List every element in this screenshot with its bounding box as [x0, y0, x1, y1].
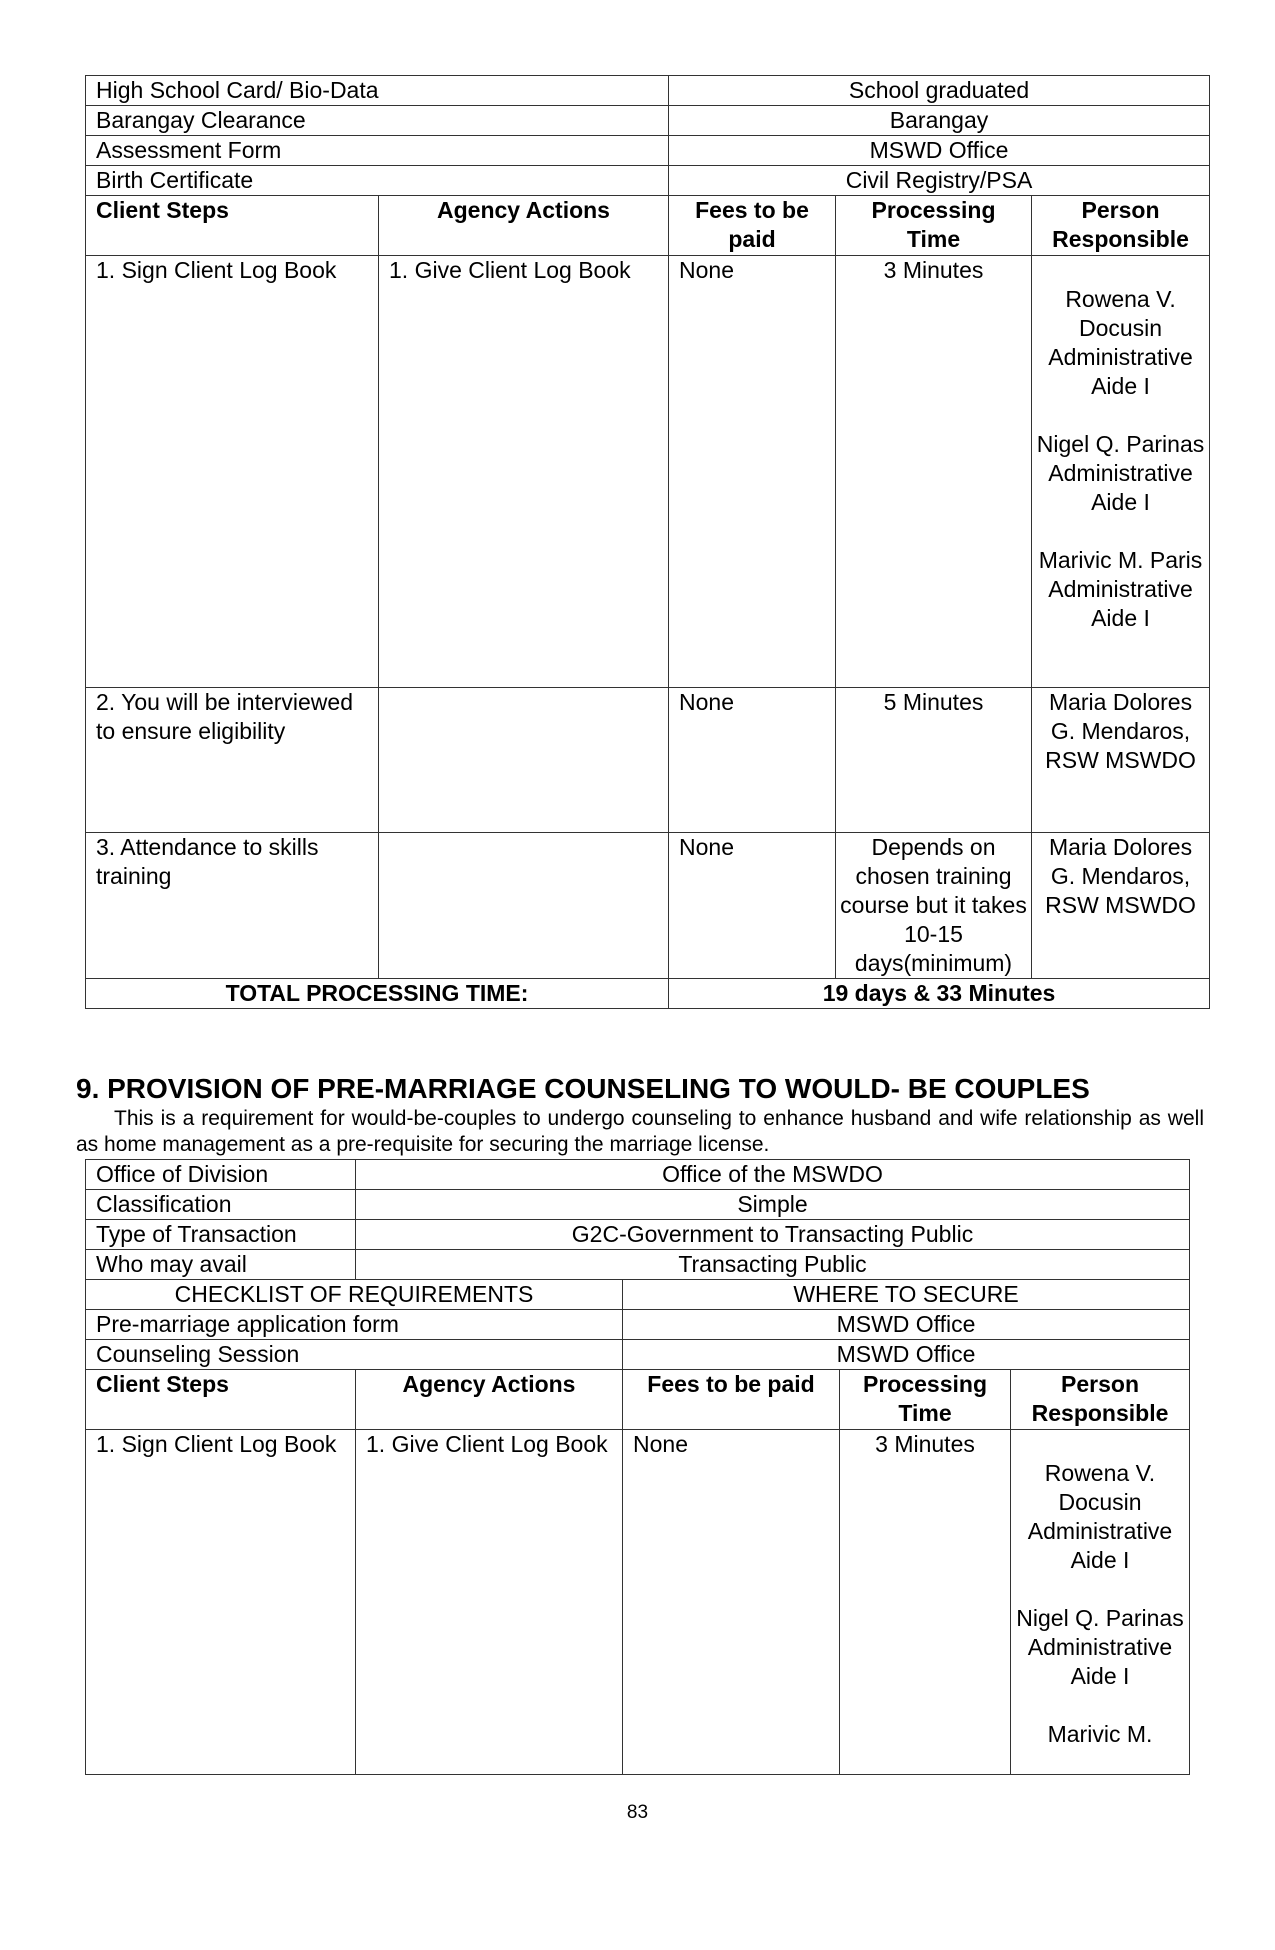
requirement-item: Assessment Form — [86, 136, 669, 166]
person: Marivic M. Paris Administrative Aide I — [1036, 546, 1205, 633]
info-label: Type of Transaction — [86, 1220, 356, 1250]
requirement-row: High School Card/ Bio-Data School gradua… — [86, 76, 1210, 106]
person: Rowena V. Docusin Administrative Aide I — [1036, 285, 1205, 401]
fees: None — [669, 256, 836, 688]
step-row: 2. You will be interviewed to ensure eli… — [86, 688, 1210, 833]
fees: None — [623, 1430, 840, 1775]
header-processing-time: Processing Time — [840, 1370, 1011, 1430]
requirement-source: MSWD Office — [623, 1310, 1190, 1340]
header-person-responsible: Person Responsible — [1011, 1370, 1190, 1430]
person: Nigel Q. Parinas Administrative Aide I — [1015, 1604, 1185, 1691]
agency-action — [379, 688, 669, 833]
where-header: WHERE TO SECURE — [623, 1280, 1190, 1310]
processing-time: Depends on chosen training course but it… — [836, 833, 1032, 979]
processing-time: 3 Minutes — [836, 256, 1032, 688]
requirement-row: Assessment Form MSWD Office — [86, 136, 1210, 166]
requirement-source: MSWD Office — [669, 136, 1210, 166]
info-value: G2C-Government to Transacting Public — [356, 1220, 1190, 1250]
checklist-header-row: CHECKLIST OF REQUIREMENTS WHERE TO SECUR… — [86, 1280, 1190, 1310]
requirement-source: Civil Registry/PSA — [669, 166, 1210, 196]
client-step: 3. Attendance to skills training — [86, 833, 379, 979]
processing-time: 5 Minutes — [836, 688, 1032, 833]
person-responsible: Maria Dolores G. Mendaros, RSW MSWDO — [1032, 688, 1210, 833]
client-step: 2. You will be interviewed to ensure eli… — [86, 688, 379, 833]
step-row: 1. Sign Client Log Book 1. Give Client L… — [86, 1430, 1190, 1775]
client-step: 1. Sign Client Log Book — [86, 1430, 356, 1775]
header-fees: Fees to be paid — [669, 196, 836, 256]
requirement-item: Pre-marriage application form — [86, 1310, 623, 1340]
section-description: This is a requirement for would-be-coupl… — [76, 1106, 1204, 1158]
steps-header-row: Client Steps Agency Actions Fees to be p… — [86, 1370, 1190, 1430]
agency-action — [379, 833, 669, 979]
person: Marivic M. — [1015, 1720, 1185, 1749]
table-skills-training: High School Card/ Bio-Data School gradua… — [85, 75, 1210, 1009]
table-pre-marriage-counseling: Office of Division Office of the MSWDO C… — [85, 1159, 1190, 1775]
header-agency-actions: Agency Actions — [379, 196, 669, 256]
steps-header-row: Client Steps Agency Actions Fees to be p… — [86, 196, 1210, 256]
fees: None — [669, 688, 836, 833]
info-value: Simple — [356, 1190, 1190, 1220]
processing-time: 3 Minutes — [840, 1430, 1011, 1775]
total-row: TOTAL PROCESSING TIME: 19 days & 33 Minu… — [86, 979, 1210, 1009]
info-value: Transacting Public — [356, 1250, 1190, 1280]
agency-action: 1. Give Client Log Book — [356, 1430, 623, 1775]
info-row: Classification Simple — [86, 1190, 1190, 1220]
step-row: 1. Sign Client Log Book 1. Give Client L… — [86, 256, 1210, 688]
fees: None — [669, 833, 836, 979]
requirement-row: Counseling Session MSWD Office — [86, 1340, 1190, 1370]
header-person-responsible: Person Responsible — [1032, 196, 1210, 256]
checklist-header: CHECKLIST OF REQUIREMENTS — [86, 1280, 623, 1310]
page-number: 83 — [0, 1802, 1275, 1824]
info-row: Office of Division Office of the MSWDO — [86, 1160, 1190, 1190]
requirement-source: MSWD Office — [623, 1340, 1190, 1370]
info-label: Who may avail — [86, 1250, 356, 1280]
info-row: Type of Transaction G2C-Government to Tr… — [86, 1220, 1190, 1250]
requirement-row: Barangay Clearance Barangay — [86, 106, 1210, 136]
step-row: 3. Attendance to skills training None De… — [86, 833, 1210, 979]
person: Rowena V. Docusin Administrative Aide I — [1015, 1459, 1185, 1575]
person: Nigel Q. Parinas Administrative Aide I — [1036, 430, 1205, 517]
info-label: Classification — [86, 1190, 356, 1220]
person-responsible: Maria Dolores G. Mendaros, RSW MSWDO — [1032, 833, 1210, 979]
requirement-source: School graduated — [669, 76, 1210, 106]
total-value: 19 days & 33 Minutes — [669, 979, 1210, 1009]
person-responsible: Rowena V. Docusin Administrative Aide I … — [1032, 256, 1210, 688]
header-agency-actions: Agency Actions — [356, 1370, 623, 1430]
header-fees: Fees to be paid — [623, 1370, 840, 1430]
requirement-row: Pre-marriage application form MSWD Offic… — [86, 1310, 1190, 1340]
requirement-item: High School Card/ Bio-Data — [86, 76, 669, 106]
agency-action: 1. Give Client Log Book — [379, 256, 669, 688]
client-step: 1. Sign Client Log Book — [86, 256, 379, 688]
requirement-item: Birth Certificate — [86, 166, 669, 196]
requirement-source: Barangay — [669, 106, 1210, 136]
header-client-steps: Client Steps — [86, 196, 379, 256]
requirement-item: Barangay Clearance — [86, 106, 669, 136]
section-title: 9. PROVISION OF PRE-MARRIAGE COUNSELING … — [76, 1073, 1090, 1105]
info-value: Office of the MSWDO — [356, 1160, 1190, 1190]
info-row: Who may avail Transacting Public — [86, 1250, 1190, 1280]
info-label: Office of Division — [86, 1160, 356, 1190]
requirement-item: Counseling Session — [86, 1340, 623, 1370]
header-client-steps: Client Steps — [86, 1370, 356, 1430]
requirement-row: Birth Certificate Civil Registry/PSA — [86, 166, 1210, 196]
header-processing-time: Processing Time — [836, 196, 1032, 256]
person-responsible: Rowena V. Docusin Administrative Aide I … — [1011, 1430, 1190, 1775]
total-label: TOTAL PROCESSING TIME: — [86, 979, 669, 1009]
